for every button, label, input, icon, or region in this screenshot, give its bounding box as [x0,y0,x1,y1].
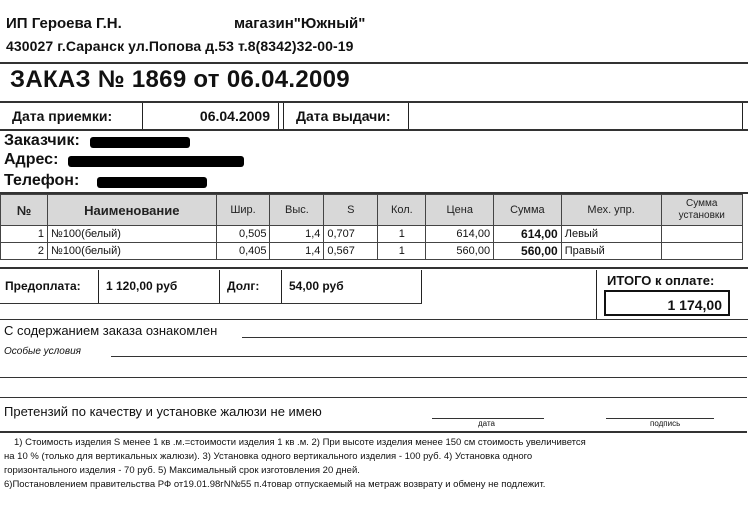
divider [0,319,748,320]
debt-label: Долг: [227,270,259,303]
row-height: 1,4 [270,243,324,260]
total-label: ИТОГО к оплате: [607,273,714,288]
order-title: ЗАКАЗ № 1869 от 06.04.2009 [10,66,350,94]
items-table: № Наименование Шир. Выс. S Кол. Цена Сум… [0,194,743,260]
divider [0,431,747,433]
row-area: 0,707 [324,226,378,243]
divider [408,103,409,129]
divider [0,303,422,304]
received-date-label: Дата приемки: [12,103,112,129]
date-row: Дата приемки: 06.04.2009 Дата выдачи: [0,103,748,131]
issue-date-value [412,103,742,129]
col-name: Наименование [48,195,217,226]
date-caption: дата [478,419,495,428]
divider [0,62,748,64]
row-name: №100(белый) [48,243,217,260]
divider [283,103,284,129]
col-price: Цена [426,195,494,226]
received-date-value: 06.04.2009 [142,103,270,129]
divider [219,270,220,303]
terms-notes: 1) Стоимость изделия S менее 1 кв .м.=ст… [4,436,744,492]
divider [281,270,282,303]
row-price: 560,00 [426,243,494,260]
divider [0,267,748,269]
issue-date-label: Дата выдачи: [296,103,391,129]
col-sum: Сумма [494,195,562,226]
note-line: 6)Постановлением правительства РФ от19.0… [4,478,744,492]
col-width: Шир. [216,195,270,226]
signature-line [242,337,747,338]
conditions-line [0,377,747,378]
shop-name: магазин"Южный" [234,15,365,32]
prepay-value: 1 120,00 руб [106,270,177,303]
col-num: № [1,195,48,226]
divider [742,103,743,129]
row-num: 1 [1,226,48,243]
row-area: 0,567 [324,243,378,260]
note-line: 1) Стоимость изделия S менее 1 кв .м.=ст… [4,436,744,450]
row-qty: 1 [378,243,426,260]
col-mech: Мех. упр. [561,195,661,226]
col-area: S [324,195,378,226]
seller-address: 430027 г.Саранск ул.Попова д.53 т.8(8342… [6,38,354,54]
row-install-sum [661,226,743,243]
note-line: на 10 % (только для вертикальных жалюзи)… [4,450,744,464]
row-sum: 560,00 [494,243,562,260]
redacted-address [68,156,244,167]
prepay-label: Предоплата: [5,270,81,303]
redacted-phone [97,177,207,188]
conditions-line [111,356,747,357]
row-price: 614,00 [426,226,494,243]
special-conditions-label: Особые условия [4,346,81,357]
row-sum: 614,00 [494,226,562,243]
table-row: 1 №100(белый) 0,505 1,4 0,707 1 614,00 6… [1,226,743,243]
acknowledged-text: С содержанием заказа ознакомлен [4,323,217,338]
row-name: №100(белый) [48,226,217,243]
row-install-sum [661,243,743,260]
row-width: 0,505 [216,226,270,243]
row-qty: 1 [378,226,426,243]
divider [596,270,597,320]
table-header-row: № Наименование Шир. Выс. S Кол. Цена Сум… [1,195,743,226]
divider [278,103,279,129]
col-height: Выс. [270,195,324,226]
row-num: 2 [1,243,48,260]
col-install-sum: Сумма установки [661,195,743,226]
note-line: горизонтального изделия - 70 руб. 5) Мак… [4,464,744,478]
debt-value: 54,00 руб [289,270,344,303]
table-row: 2 №100(белый) 0,405 1,4 0,567 1 560,00 5… [1,243,743,260]
phone-label: Телефон: [4,172,79,190]
divider [421,270,422,303]
total-value: 1 174,00 [604,290,730,316]
divider [98,270,99,303]
seller-name: ИП Героева Г.Н. [6,15,122,32]
conditions-line [0,397,747,398]
row-mech: Левый [561,226,661,243]
row-height: 1,4 [270,226,324,243]
address-label: Адрес: [4,151,58,169]
row-mech: Правый [561,243,661,260]
signature-caption: подпись [650,419,680,428]
redacted-customer [90,137,190,148]
no-claims-text: Претензий по качеству и установке жалюзи… [4,404,322,419]
col-qty: Кол. [378,195,426,226]
row-width: 0,405 [216,243,270,260]
customer-label: Заказчик: [4,132,80,150]
